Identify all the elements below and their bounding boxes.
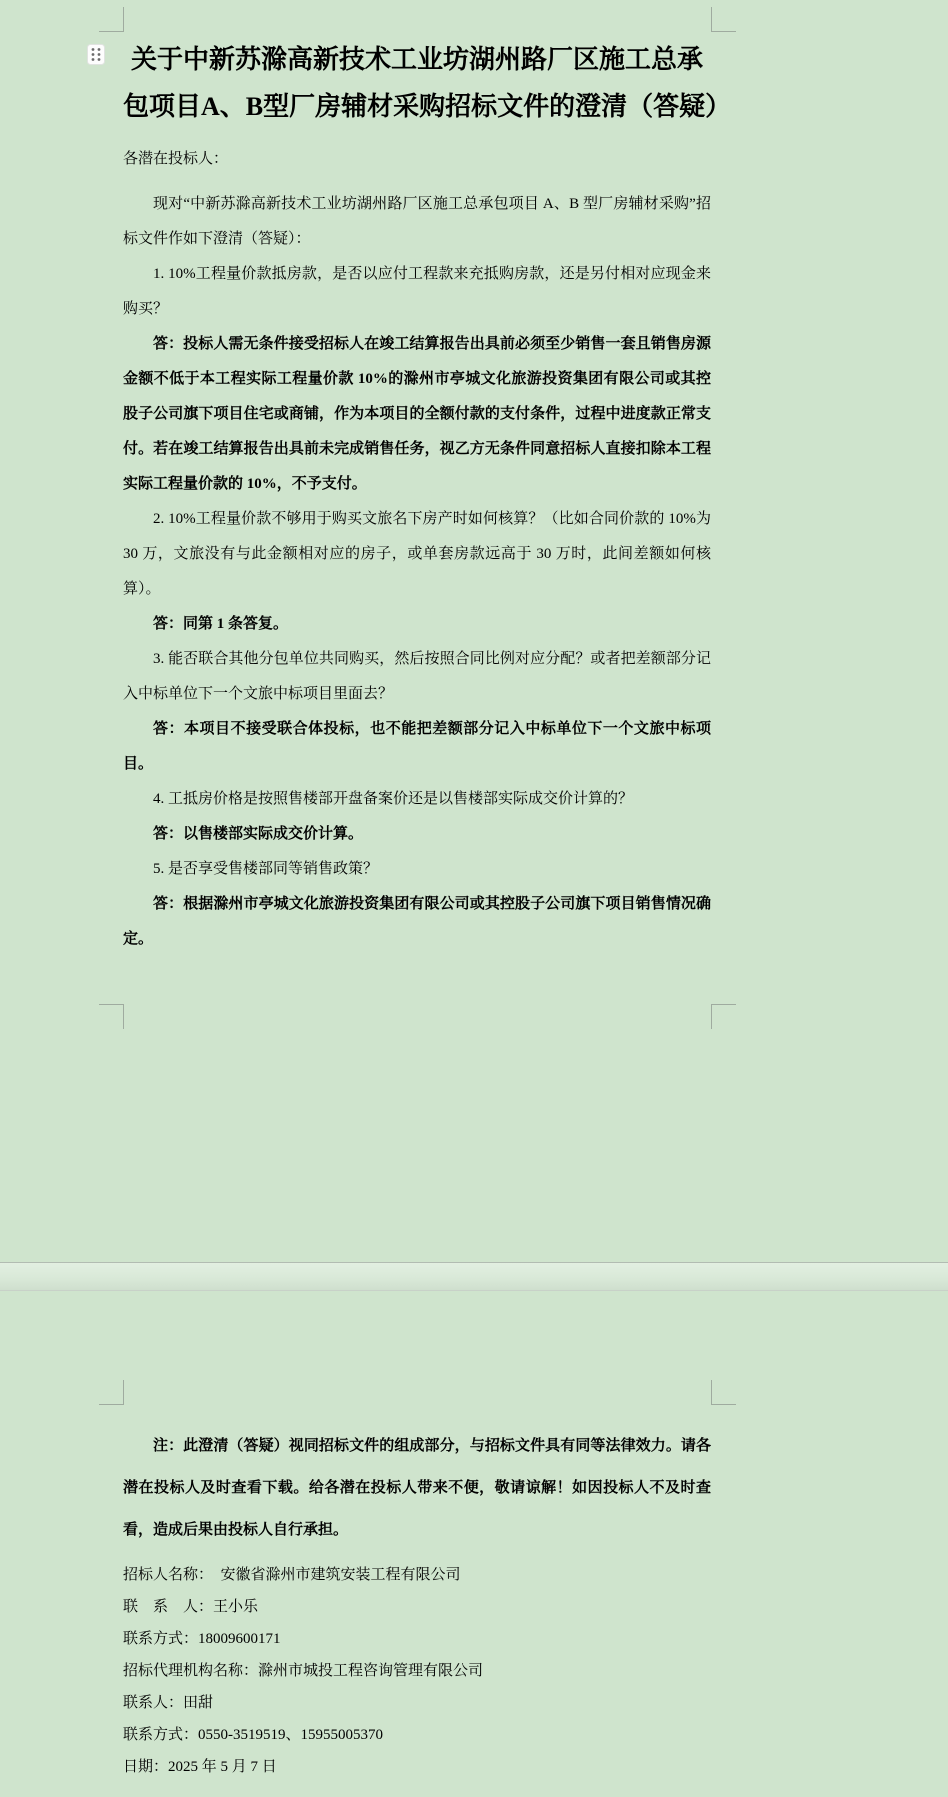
text-boundary-corner-page2-left xyxy=(99,1380,124,1405)
agency-contact-phone: 联系方式：0550-3519519、15955005370 xyxy=(123,1719,711,1751)
page-break-gap xyxy=(0,1262,948,1291)
text-boundary-corner-top-right xyxy=(711,7,736,32)
question-2: 2. 10%工程量价款不够用于购买文旅名下房产时如何核算？（比如合同价款的 10… xyxy=(123,502,711,607)
title-line-2: 包项目A、B型厂房辅材采购招标文件的澄清（答疑） xyxy=(123,83,711,130)
agency-name-line: 招标代理机构名称：滁州市城投工程咨询管理有限公司 xyxy=(123,1655,711,1687)
question-3: 3. 能否联合其他分包单位共同购买，然后按照合同比例对应分配？或者把差额部分记入… xyxy=(123,642,711,712)
text-boundary-corner-top-left xyxy=(99,7,124,32)
date-line: 日期：2025 年 5 月 7 日 xyxy=(123,1751,711,1783)
answer-5: 答：根据滁州市亭城文化旅游投资集团有限公司或其控股子公司旗下项目销售情况确定。 xyxy=(123,887,711,957)
title-line-1: 关于中新苏滁高新技术工业坊湖州路厂区施工总承 xyxy=(123,36,711,83)
drag-handle-icon[interactable] xyxy=(87,44,105,65)
legal-note: 注：此澄清（答疑）视同招标文件的组成部分，与招标文件具有同等法律效力。请各潜在投… xyxy=(123,1425,711,1551)
answer-2: 答：同第 1 条答复。 xyxy=(123,607,711,642)
text-boundary-corner-page2-right xyxy=(711,1380,736,1405)
text-boundary-corner-bottom-left xyxy=(99,1004,124,1029)
answer-1: 答：投标人需无条件接受招标人在竣工结算报告出具前必须至少销售一套且销售房源金额不… xyxy=(123,327,711,502)
bidder-contact-person: 联 系 人：王小乐 xyxy=(123,1591,711,1623)
salutation: 各潜在投标人： xyxy=(123,142,711,177)
document-body: 各潜在投标人： 现对“中新苏滁高新技术工业坊湖州路厂区施工总承包项目 A、B 型… xyxy=(123,142,711,957)
document-canvas: 关于中新苏滁高新技术工业坊湖州路厂区施工总承 包项目A、B型厂房辅材采购招标文件… xyxy=(0,0,948,1797)
page1-content: 关于中新苏滁高新技术工业坊湖州路厂区施工总承 包项目A、B型厂房辅材采购招标文件… xyxy=(123,36,711,957)
answer-4: 答：以售楼部实际成交价计算。 xyxy=(123,817,711,852)
question-5: 5. 是否享受售楼部同等销售政策？ xyxy=(123,852,711,887)
text-boundary-corner-bottom-right xyxy=(711,1004,736,1029)
question-4: 4. 工抵房价格是按照售楼部开盘备案价还是以售楼部实际成交价计算的？ xyxy=(123,782,711,817)
page2-content: 注：此澄清（答疑）视同招标文件的组成部分，与招标文件具有同等法律效力。请各潜在投… xyxy=(123,1425,711,1783)
question-1: 1. 10%工程量价款抵房款，是否以应付工程款来充抵购房款，还是另付相对应现金来… xyxy=(123,257,711,327)
answer-3: 答：本项目不接受联合体投标，也不能把差额部分记入中标单位下一个文旅中标项目。 xyxy=(123,712,711,782)
page-title: 关于中新苏滁高新技术工业坊湖州路厂区施工总承 包项目A、B型厂房辅材采购招标文件… xyxy=(123,36,711,130)
agency-contact-person: 联系人：田甜 xyxy=(123,1687,711,1719)
intro-paragraph: 现对“中新苏滁高新技术工业坊湖州路厂区施工总承包项目 A、B 型厂房辅材采购”招… xyxy=(123,187,711,257)
bidder-contact-phone: 联系方式：18009600171 xyxy=(123,1623,711,1655)
bidder-name-line: 招标人名称： 安徽省滁州市建筑安装工程有限公司 xyxy=(123,1559,711,1591)
contact-info: 招标人名称： 安徽省滁州市建筑安装工程有限公司 联 系 人：王小乐 联系方式：1… xyxy=(123,1559,711,1783)
